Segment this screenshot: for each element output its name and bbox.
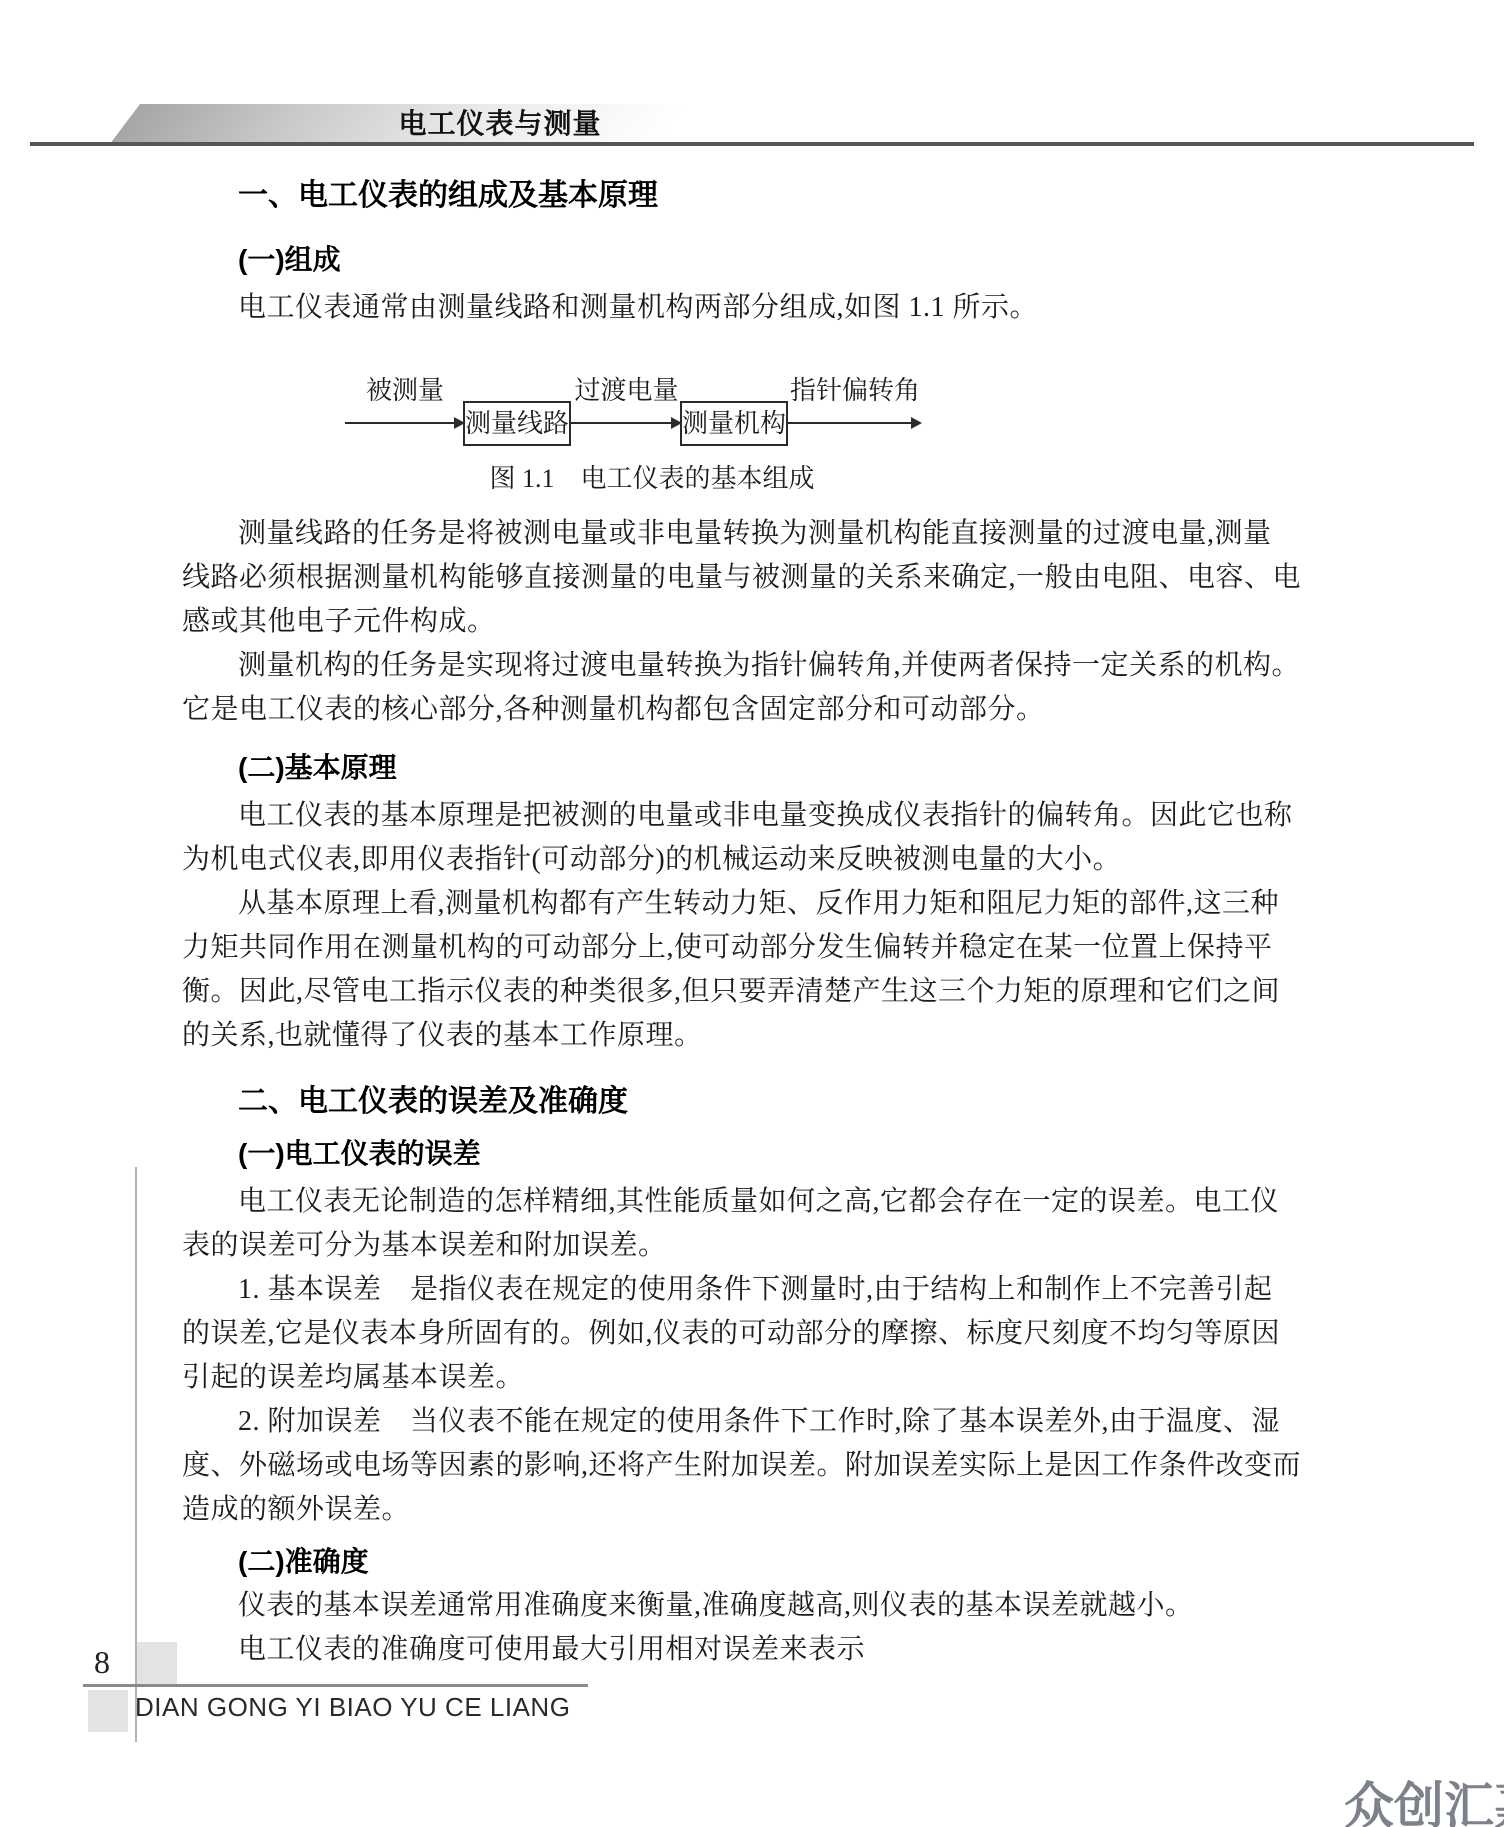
- header-rule: [30, 142, 1474, 146]
- decoration-square: [88, 1690, 128, 1732]
- text-line: 为机电式仪表,即用仪表指针(可动部分)的机械运动来反映被测电量的大小。: [182, 838, 1332, 882]
- text-line: 的误差,它是仪表本身所固有的。例如,仪表的可动部分的摩擦、标度尺刻度不均匀等原因: [182, 1312, 1332, 1356]
- text-line: 引起的误差均属基本误差。: [182, 1356, 1332, 1400]
- text-line: 电工仪表的准确度可使用最大引用相对误差来表示: [182, 1628, 1332, 1672]
- figure-box-measuring-mechanism: 测量机构: [680, 401, 788, 446]
- arrow-right-icon: [788, 422, 920, 424]
- paragraph: 测量线路的任务是将被测电量或非电量转换为测量机构能直接测量的过渡电量,测量 线路…: [182, 512, 1332, 644]
- text-line: 度、外磁场或电场等因素的影响,还将产生附加误差。附加误差实际上是因工作条件改变而: [182, 1444, 1332, 1488]
- paragraph: 测量机构的任务是实现将过渡电量转换为指针偏转角,并使两者保持一定关系的机构。 它…: [182, 644, 1332, 732]
- paragraph: 1. 基本误差 是指仪表在规定的使用条件下测量时,由于结构上和制作上不完善引起 …: [182, 1268, 1332, 1400]
- text-line: 它是电工仪表的核心部分,各种测量机构都包含固定部分和可动部分。: [182, 688, 1332, 732]
- footer-rule: [83, 1684, 588, 1687]
- paragraph: 电工仪表的基本原理是把被测的电量或非电量变换成仪表指针的偏转角。因此它也称 为机…: [182, 794, 1332, 882]
- text-line: 测量机构的任务是实现将过渡电量转换为指针偏转角,并使两者保持一定关系的机构。: [182, 644, 1332, 688]
- arrow-right-icon: [571, 422, 680, 424]
- text-line: 从基本原理上看,测量机构都有产生转动力矩、反作用力矩和阻尼力矩的部件,这三种: [182, 882, 1332, 926]
- subsection-heading: (二)基本原理: [182, 750, 1332, 786]
- subsection-heading: (一)电工仪表的误差: [182, 1136, 1332, 1172]
- text-line: 造成的额外误差。: [182, 1488, 1332, 1532]
- paragraph: 从基本原理上看,测量机构都有产生转动力矩、反作用力矩和阻尼力矩的部件,这三种 力…: [182, 882, 1332, 1058]
- footer-series-title: DIAN GONG YI BIAO YU CE LIANG: [135, 1691, 570, 1723]
- text-line: 1. 基本误差 是指仪表在规定的使用条件下测量时,由于结构上和制作上不完善引起: [182, 1268, 1332, 1312]
- figure-output-label: 指针偏转角: [788, 376, 922, 406]
- arrow-right-icon: [345, 422, 463, 424]
- running-head-title: 电工仪表与测量: [350, 107, 650, 141]
- text-line: 力矩共同作用在测量机构的可动部分上,使可动部分发生偏转并稳定在某一位置上保持平: [182, 926, 1332, 970]
- text-line: 电工仪表无论制造的怎样精细,其性能质量如何之高,它都会存在一定的误差。电工仪: [182, 1180, 1332, 1224]
- text-line: 2. 附加误差 当仪表不能在规定的使用条件下工作时,除了基本误差外,由于温度、湿: [182, 1400, 1332, 1444]
- text-line: 衡。因此,尽管电工指示仪表的种类很多,但只要弄清楚产生这三个力矩的原理和它们之间: [182, 970, 1332, 1014]
- subsection-heading: (一)组成: [182, 242, 1332, 278]
- figure-input-label: 被测量: [345, 376, 465, 406]
- text-line: 测量线路的任务是将被测电量或非电量转换为测量机构能直接测量的过渡电量,测量: [182, 512, 1332, 556]
- text-line: 仪表的基本误差通常用准确度来衡量,准确度越高,则仪表的基本误差就越小。: [182, 1584, 1332, 1628]
- figure-box-measuring-circuit: 测量线路: [463, 401, 571, 446]
- page-number: 8: [80, 1642, 124, 1682]
- text-line: 电工仪表的基本原理是把被测的电量或非电量变换成仪表指针的偏转角。因此它也称: [182, 794, 1332, 838]
- page-body: 一、电工仪表的组成及基本原理 (一)组成 电工仪表通常由测量线路和测量机构两部分…: [182, 160, 1332, 1672]
- section-heading: 一、电工仪表的组成及基本原理: [182, 176, 1332, 216]
- decoration-square: [137, 1642, 177, 1686]
- publisher-watermark: 众创汇嘉: [1344, 1780, 1504, 1827]
- book-page: 电工仪表与测量 一、电工仪表的组成及基本原理 (一)组成 电工仪表通常由测量线路…: [0, 0, 1504, 1827]
- section-heading: 二、电工仪表的误差及准确度: [182, 1082, 1332, 1122]
- paragraph: 2. 附加误差 当仪表不能在规定的使用条件下工作时,除了基本误差外,由于温度、湿…: [182, 1400, 1332, 1532]
- text-line: 表的误差可分为基本误差和附加误差。: [182, 1224, 1332, 1268]
- text-line: 的关系,也就懂得了仪表的基本工作原理。: [182, 1014, 1332, 1058]
- paragraph: 电工仪表无论制造的怎样精细,其性能质量如何之高,它都会存在一定的误差。电工仪 表…: [182, 1180, 1332, 1268]
- text-line: 感或其他电子元件构成。: [182, 600, 1332, 644]
- text-line: 电工仪表通常由测量线路和测量机构两部分组成,如图 1.1 所示。: [182, 286, 1332, 330]
- figure-mid-label: 过渡电量: [571, 376, 682, 406]
- figure-caption: 图 1.1 电工仪表的基本组成: [482, 462, 822, 496]
- text-line: 线路必须根据测量机构能够直接测量的电量与被测量的关系来确定,一般由电阻、电容、电: [182, 556, 1332, 600]
- subsection-heading: (二)准确度: [182, 1544, 1332, 1580]
- figure-1-1: 被测量 测量线路 过渡电量 测量机构 指针偏转角 图 1.1 电工仪表的基本组成: [182, 366, 1332, 498]
